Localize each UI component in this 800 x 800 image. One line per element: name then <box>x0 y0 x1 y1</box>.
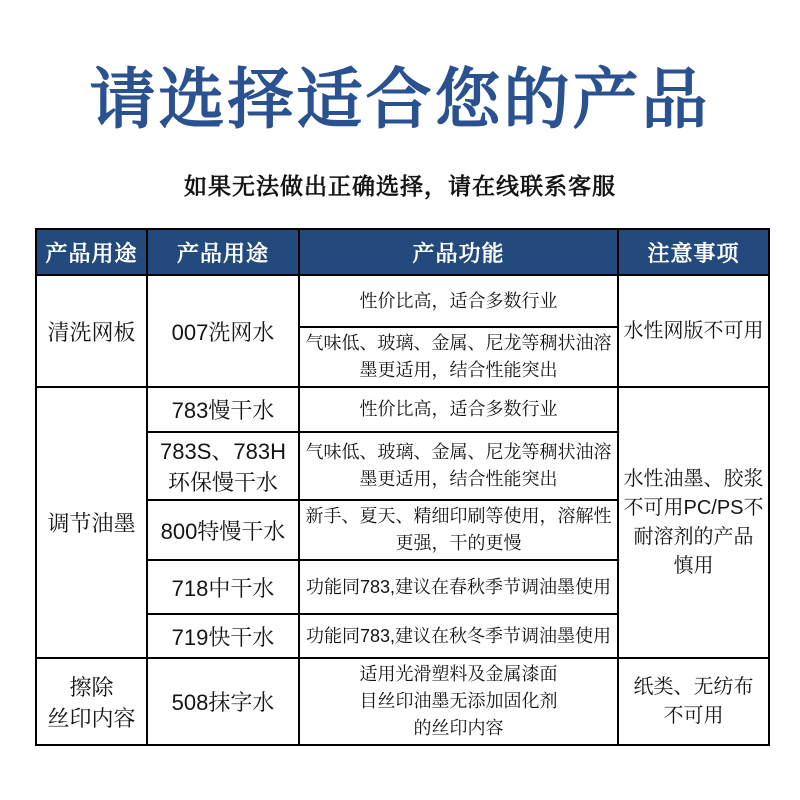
note-cell-clean: 水性网版不可用 <box>618 275 769 387</box>
product-cell-719: 719快干水 <box>147 614 299 658</box>
function-cell-718: 功能同783,建议在春秋季节调油墨使用 <box>299 560 618 614</box>
function-cell-508: 适用光滑塑料及金属漆面 目丝印油墨无添加固化剂 的丝印内容 <box>299 658 618 745</box>
function-cell-800: 新手、夏天、精细印刷等使用，溶解性 更强，干的更慢 <box>299 500 618 560</box>
product-cell-783s-783h: 783S、783H 环保慢干水 <box>147 432 299 500</box>
use-cell-clean: 清洗网板 <box>36 275 147 387</box>
use-cell-erase: 擦除 丝印内容 <box>36 658 147 745</box>
function-cell-719: 功能同783,建议在秋冬季节调油墨使用 <box>299 614 618 658</box>
header-cell-notes: 注意事项 <box>618 229 769 275</box>
table-row: 擦除 丝印内容 508抹字水 适用光滑塑料及金属漆面 目丝印油墨无添加固化剂 的… <box>36 658 769 745</box>
table-row: 调节油墨 783慢干水 性价比高，适合多数行业 水性油墨、胶浆 不可用PC/PS… <box>36 387 769 432</box>
table-row: 清洗网板 007洗网水 性价比高，适合多数行业 水性网版不可用 <box>36 275 769 327</box>
page-title: 请选择适合您的产品 <box>0 58 800 141</box>
function-cell-783s-783h: 气味低、玻璃、金属、尼龙等稠状油溶 墨更适用，结合性能突出 <box>299 432 618 500</box>
header-cell-function: 产品功能 <box>299 229 618 275</box>
page: 请选择适合您的产品 如果无法做出正确选择，请在线联系客服 产品用途 产品用途 产… <box>0 0 800 800</box>
function-cell-783: 性价比高，适合多数行业 <box>299 387 618 432</box>
product-cell-508: 508抹字水 <box>147 658 299 745</box>
header-cell-use-2: 产品用途 <box>147 229 299 275</box>
product-cell-718: 718中干水 <box>147 560 299 614</box>
product-cell-783: 783慢干水 <box>147 387 299 432</box>
header-row: 产品用途 产品用途 产品功能 注意事项 <box>36 229 769 275</box>
page-subtitle: 如果无法做出正确选择，请在线联系客服 <box>0 168 800 201</box>
function-cell-007-a: 性价比高，适合多数行业 <box>299 275 618 327</box>
product-cell-007: 007洗网水 <box>147 275 299 387</box>
note-cell-adjust: 水性油墨、胶浆 不可用PC/PS不 耐溶剂的产品 慎用 <box>618 387 769 658</box>
product-cell-800: 800特慢干水 <box>147 500 299 560</box>
header-cell-use-1: 产品用途 <box>36 229 147 275</box>
use-cell-adjust: 调节油墨 <box>36 387 147 658</box>
product-table: 产品用途 产品用途 产品功能 注意事项 清洗网板 007洗网水 性价比高，适合多… <box>35 228 770 746</box>
note-cell-erase: 纸类、无纺布 不可用 <box>618 658 769 745</box>
function-cell-007-b: 气味低、玻璃、金属、尼龙等稠状油溶 墨更适用，结合性能突出 <box>299 327 618 387</box>
